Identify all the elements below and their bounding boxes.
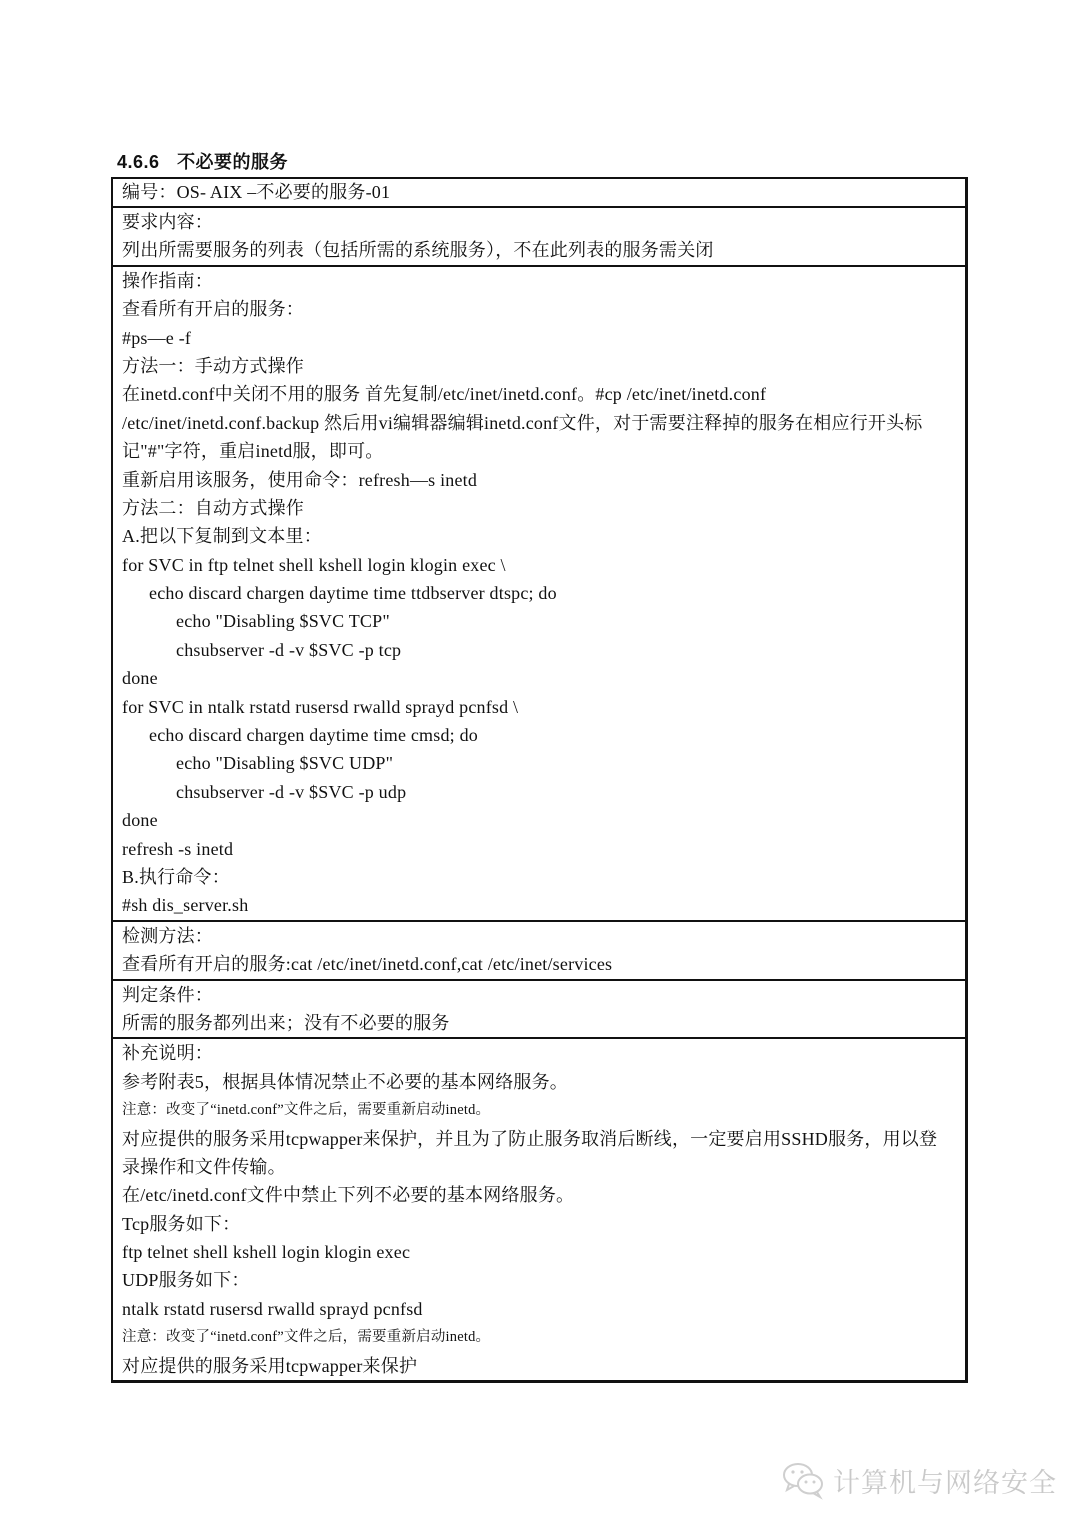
notes-line: 对应提供的服务采用tcpwapper来保护，并且为了防止服务取消后断线，一定要启… — [122, 1125, 965, 1153]
guide-line: B.执行命令： — [122, 863, 965, 891]
section-title: 不必要的服务 — [177, 152, 288, 172]
code-line: echo discard chargen daytime time cmsd; … — [122, 721, 965, 749]
requirement-table: 编号：OS- AIX –不必要的服务-01 要求内容： 列出所需要服务的列表（包… — [111, 177, 968, 1383]
notes-line: ftp telnet shell kshell login klogin exe… — [122, 1238, 965, 1266]
notes-line: UDP服务如下： — [122, 1266, 965, 1294]
notes-line: 录操作和文件传输。 — [122, 1153, 965, 1181]
check-text: 查看所有开启的服务:cat /etc/inet/inetd.conf,cat /… — [122, 950, 965, 978]
code-line: chsubserver -d -v $SVC -p udp — [122, 778, 965, 806]
notes-line: Tcp服务如下： — [122, 1210, 965, 1238]
notes-line: ntalk rstatd rusersd rwalld sprayd pcnfs… — [122, 1295, 965, 1323]
code-line: done — [122, 806, 965, 834]
wechat-icon — [781, 1460, 827, 1500]
code-line: refresh -s inetd — [122, 835, 965, 863]
guide-line: 查看所有开启的服务： — [122, 295, 965, 323]
notes-line: 参考附表5，根据具体情况禁止不必要的基本网络服务。 — [122, 1068, 965, 1096]
section-heading: 4.6.6 不必要的服务 — [117, 148, 288, 174]
guide-line: A.把以下复制到文本里： — [122, 522, 965, 550]
requirement-label: 要求内容： — [122, 208, 965, 236]
notes-row: 补充说明： 参考附表5，根据具体情况禁止不必要的基本网络服务。 注意：改变了“i… — [113, 1039, 965, 1380]
code-line: echo discard chargen daytime time ttdbse… — [122, 579, 965, 607]
code-line: chsubserver -d -v $SVC -p tcp — [122, 636, 965, 664]
code-line: echo "Disabling $SVC TCP" — [122, 607, 965, 635]
requirement-row: 要求内容： 列出所需要服务的列表（包括所需的系统服务），不在此列表的服务需关闭 — [113, 208, 965, 267]
guide-line: 方法二：自动方式操作 — [122, 494, 965, 522]
guide-line: 在inetd.conf中关闭不用的服务 首先复制/etc/inet/inetd.… — [122, 380, 965, 408]
notes-warning: 注意：改变了“inetd.conf”文件之后，需要重新启动inetd。 — [122, 1323, 965, 1351]
criteria-text: 所需的服务都列出来；没有不必要的服务 — [122, 1009, 965, 1037]
check-label: 检测方法： — [122, 922, 965, 950]
notes-line: 在/etc/inetd.conf文件中禁止下列不必要的基本网络服务。 — [122, 1181, 965, 1209]
item-id: 编号：OS- AIX –不必要的服务-01 — [122, 179, 965, 206]
guide-line: #ps—e -f — [122, 324, 965, 352]
code-line: echo "Disabling $SVC UDP" — [122, 749, 965, 777]
guide-line: /etc/inet/inetd.conf.backup 然后用vi编辑器编辑in… — [122, 409, 965, 437]
guide-label: 操作指南： — [122, 267, 965, 295]
code-line: #sh dis_server.sh — [122, 891, 965, 919]
guide-line: 记"#"字符，重启inetd服，即可。 — [122, 437, 965, 465]
guide-row: 操作指南： 查看所有开启的服务： #ps—e -f 方法一：手动方式操作 在in… — [113, 267, 965, 922]
id-row: 编号：OS- AIX –不必要的服务-01 — [113, 179, 965, 208]
notes-warning: 注意：改变了“inetd.conf”文件之后，需要重新启动inetd。 — [122, 1096, 965, 1124]
notes-line: 对应提供的服务采用tcpwapper来保护 — [122, 1352, 965, 1380]
code-line: for SVC in ftp telnet shell kshell login… — [122, 551, 965, 579]
check-row: 检测方法： 查看所有开启的服务:cat /etc/inet/inetd.conf… — [113, 922, 965, 981]
criteria-row: 判定条件： 所需的服务都列出来；没有不必要的服务 — [113, 981, 965, 1040]
watermark-text: 计算机与网络安全 — [833, 1461, 1057, 1500]
code-line: done — [122, 664, 965, 692]
section-number: 4.6.6 — [117, 152, 160, 172]
code-line: for SVC in ntalk rstatd rusersd rwalld s… — [122, 693, 965, 721]
notes-label: 补充说明： — [122, 1039, 965, 1067]
criteria-label: 判定条件： — [122, 981, 965, 1009]
requirement-text: 列出所需要服务的列表（包括所需的系统服务），不在此列表的服务需关闭 — [122, 236, 965, 264]
watermark: 计算机与网络安全 — [781, 1460, 1057, 1500]
guide-line: 方法一：手动方式操作 — [122, 352, 965, 380]
guide-line: 重新启用该服务，使用命令：refresh—s inetd — [122, 466, 965, 494]
